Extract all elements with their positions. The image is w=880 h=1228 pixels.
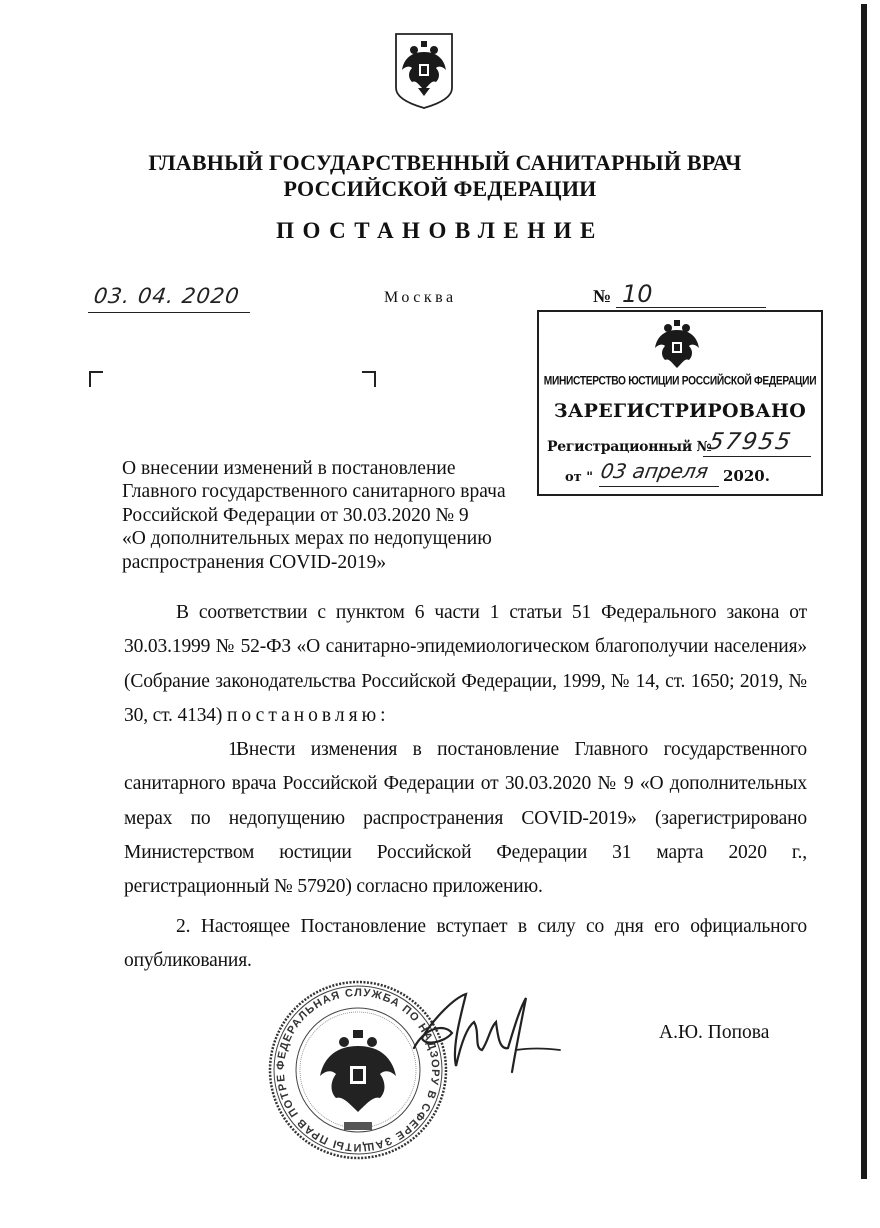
corner-bracket-left <box>89 371 103 387</box>
stamp-reg-number-label: Регистрационный № <box>547 439 711 455</box>
issuer-title: ГЛАВНЫЙ ГОСУДАРСТВЕННЫЙ САНИТАРНЫЙ ВРАЧ … <box>0 150 880 202</box>
signatory-name: А.Ю. Попова <box>659 1022 769 1044</box>
coat-of-arms-icon <box>392 30 456 110</box>
document-number-label: № <box>593 286 611 307</box>
stamp-reg-date-field: 03 апреля <box>599 462 719 487</box>
stamp-coat-of-arms-icon <box>651 318 703 374</box>
item-2-text: 2. Настоящее Постановление вступает в си… <box>124 916 807 971</box>
document-number-field: 10 <box>616 283 766 308</box>
corner-bracket-right <box>362 371 376 387</box>
item-1-number: 1. <box>176 733 236 767</box>
document-type: ПОСТАНОВЛЕНИЕ <box>0 218 880 244</box>
document-date-field: 03. 04. 2020 <box>88 282 250 313</box>
decree-word: постановляю: <box>227 705 390 726</box>
stamp-from-label: от " <box>565 470 593 485</box>
subject-line: Главного государственного санитарного вр… <box>122 480 542 503</box>
signature <box>404 988 564 1078</box>
preamble-paragraph: В соответствии с пунктом 6 части 1 стать… <box>124 596 807 733</box>
subject-line: распространения COVID-2019» <box>122 551 542 574</box>
stamp-reg-number-handwritten: 57955 <box>707 429 795 455</box>
document-subject: О внесении изменений в постановление Гла… <box>122 457 542 574</box>
stamp-registered-status: ЗАРЕГИСТРИРОВАНО <box>539 400 821 422</box>
document-number-handwritten: 10 <box>622 280 653 308</box>
stamp-reg-year: 2020. <box>723 467 770 485</box>
document-date-handwritten: 03. 04. 2020 <box>92 284 241 308</box>
issuer-title-line1: ГЛАВНЫЙ ГОСУДАРСТВЕННЫЙ САНИТАРНЫЙ ВРАЧ <box>0 150 880 176</box>
stamp-ministry-name: МИНИСТЕРСТВО ЮСТИЦИИ РОССИЙСКОЙ ФЕДЕРАЦИ… <box>539 375 821 388</box>
stamp-reg-number-field: 57955 <box>703 430 811 457</box>
stamp-reg-date-handwritten: 03 апреля <box>599 459 710 483</box>
subject-line: Российской Федерации от 30.03.2020 № 9 <box>122 504 542 527</box>
item-2-paragraph: 2. Настоящее Постановление вступает в си… <box>124 910 807 979</box>
subject-line: «О дополнительных мерах по недопущению <box>122 527 542 550</box>
city-label: Москва <box>384 289 457 307</box>
item-1-paragraph: 1.Внести изменения в постановление Главн… <box>124 733 807 904</box>
subject-line: О внесении изменений в постановление <box>122 457 542 480</box>
registration-stamp: МИНИСТЕРСТВО ЮСТИЦИИ РОССИЙСКОЙ ФЕДЕРАЦИ… <box>537 310 823 496</box>
issuer-title-line2: РОССИЙСКОЙ ФЕДЕРАЦИИ <box>0 176 880 202</box>
